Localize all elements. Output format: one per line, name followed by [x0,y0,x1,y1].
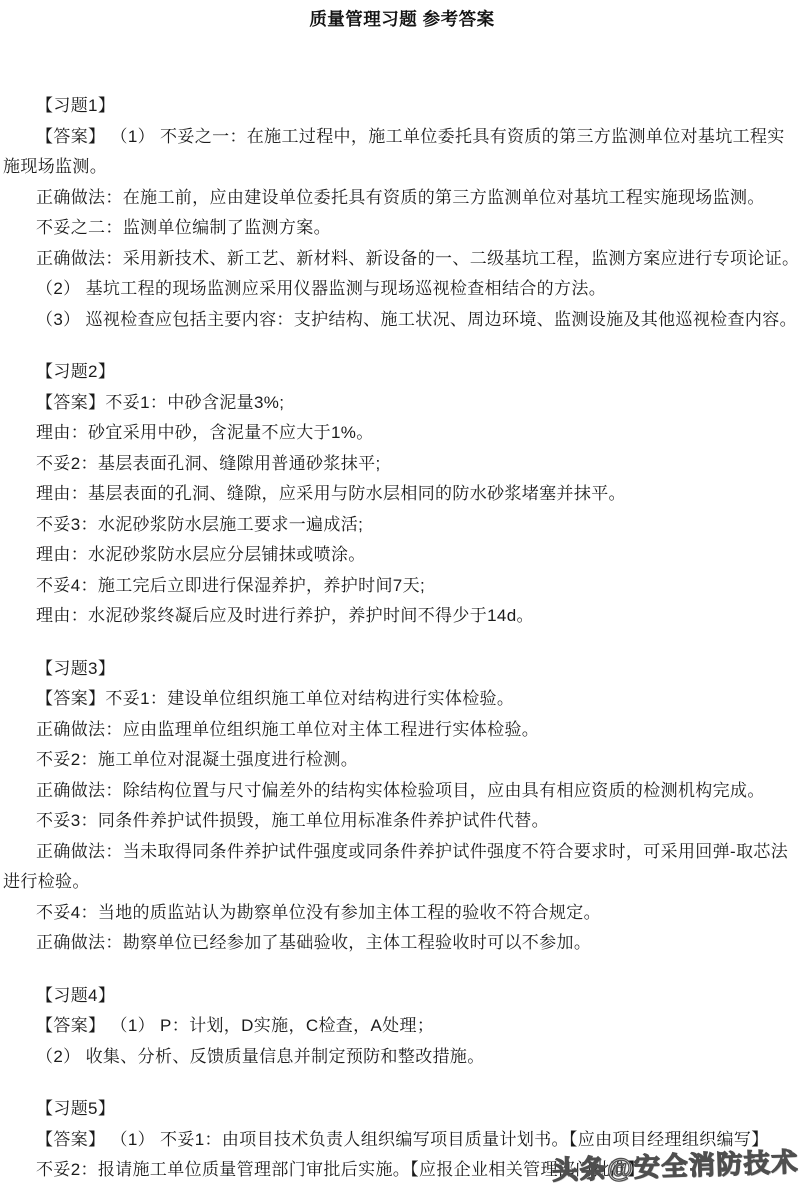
paragraph: 不妥3：水泥砂浆防水层施工要求一遍成活; [3,510,801,541]
paragraph: 不妥之二：监测单位编制了监测方案。 [3,213,801,244]
paragraph: （3） 巡视检查应包括主要内容：支护结构、施工状况、周边环境、监测设施及其他巡视… [3,305,801,336]
page-title: 质量管理习题 参考答案 [3,8,801,30]
paragraph: 理由：砂宜采用中砂，含泥量不应大于1%。 [3,418,801,449]
exercise-section: 【习题5】【答案】 （1） 不妥1：由项目技术负责人组织编写项目质量计划书。【应… [3,1094,801,1186]
paragraph: 【答案】 （1） P：计划，D实施，C检查，A处理； [3,1011,801,1042]
paragraph: 正确做法：除结构位置与尺寸偏差外的结构实体检验项目，应由具有相应资质的检测机构完… [3,776,801,807]
section-heading: 【习题4】 [3,981,801,1012]
paragraph: 理由：水泥砂浆终凝后应及时进行养护，养护时间不得少于14d。 [3,601,801,632]
paragraph: 【答案】不妥1：中砂含泥量3%; [3,388,801,419]
paragraph: 正确做法：当未取得同条件养护试件强度或同条件养护试件强度不符合要求时，可采用回弹… [3,837,801,898]
paragraph: 正确做法：应由监理单位组织施工单位对主体工程进行实体检验。 [3,715,801,746]
paragraph: 理由：基层表面的孔洞、缝隙，应采用与防水层相同的防水砂浆堵塞并抹平。 [3,479,801,510]
section-heading: 【习题5】 [3,1094,801,1125]
paragraph: （2） 基坑工程的现场监测应采用仪器监测与现场巡视检查相结合的方法。 [3,274,801,305]
paragraph: 正确做法：勘察单位已经参加了基础验收，主体工程验收时可以不参加。 [3,928,801,959]
paragraph: 不妥2：施工单位对混凝土强度进行检测。 [3,745,801,776]
paragraph: 【答案】 （1） 不妥之一：在施工过程中，施工单位委托具有资质的第三方监测单位对… [3,122,801,183]
paragraph: 【答案】不妥1：建设单位组织施工单位对结构进行实体检验。 [3,684,801,715]
paragraph: 【答案】 （1） 不妥1：由项目技术负责人组织编写项目质量计划书。【应由项目经理… [3,1125,801,1156]
exercise-section: 【习题1】【答案】 （1） 不妥之一：在施工过程中，施工单位委托具有资质的第三方… [3,91,801,335]
paragraph: 不妥4：施工完后立即进行保湿养护，养护时间7天; [3,571,801,602]
document-page: 质量管理习题 参考答案 【习题1】【答案】 （1） 不妥之一：在施工过程中，施工… [0,0,805,1193]
paragraph: 不妥2：报请施工单位质量管理部门审批后实施。【应报企业相关管理部门批准】 [3,1155,801,1186]
paragraph: 不妥3：同条件养护试件损毁，施工单位用标准条件养护试件代替。 [3,806,801,837]
paragraph: 理由：水泥砂浆防水层应分层铺抹或喷涂。 [3,540,801,571]
document-body: 【习题1】【答案】 （1） 不妥之一：在施工过程中，施工单位委托具有资质的第三方… [3,91,801,1186]
exercise-section: 【习题4】【答案】 （1） P：计划，D实施，C检查，A处理；（2） 收集、分析… [3,981,801,1073]
section-heading: 【习题2】 [3,357,801,388]
paragraph: 不妥2：基层表面孔洞、缝隙用普通砂浆抹平; [3,449,801,480]
paragraph: 正确做法：采用新技术、新工艺、新材料、新设备的一、二级基坑工程，监测方案应进行专… [3,244,801,275]
paragraph: 不妥4：当地的质监站认为勘察单位没有参加主体工程的验收不符合规定。 [3,898,801,929]
section-heading: 【习题1】 [3,91,801,122]
exercise-section: 【习题2】【答案】不妥1：中砂含泥量3%;理由：砂宜采用中砂，含泥量不应大于1%… [3,357,801,632]
exercise-section: 【习题3】【答案】不妥1：建设单位组织施工单位对结构进行实体检验。正确做法：应由… [3,654,801,959]
paragraph: （2） 收集、分析、反馈质量信息并制定预防和整改措施。 [3,1042,801,1073]
paragraph: 正确做法：在施工前，应由建设单位委托具有资质的第三方监测单位对基坑工程实施现场监… [3,183,801,214]
section-heading: 【习题3】 [3,654,801,685]
